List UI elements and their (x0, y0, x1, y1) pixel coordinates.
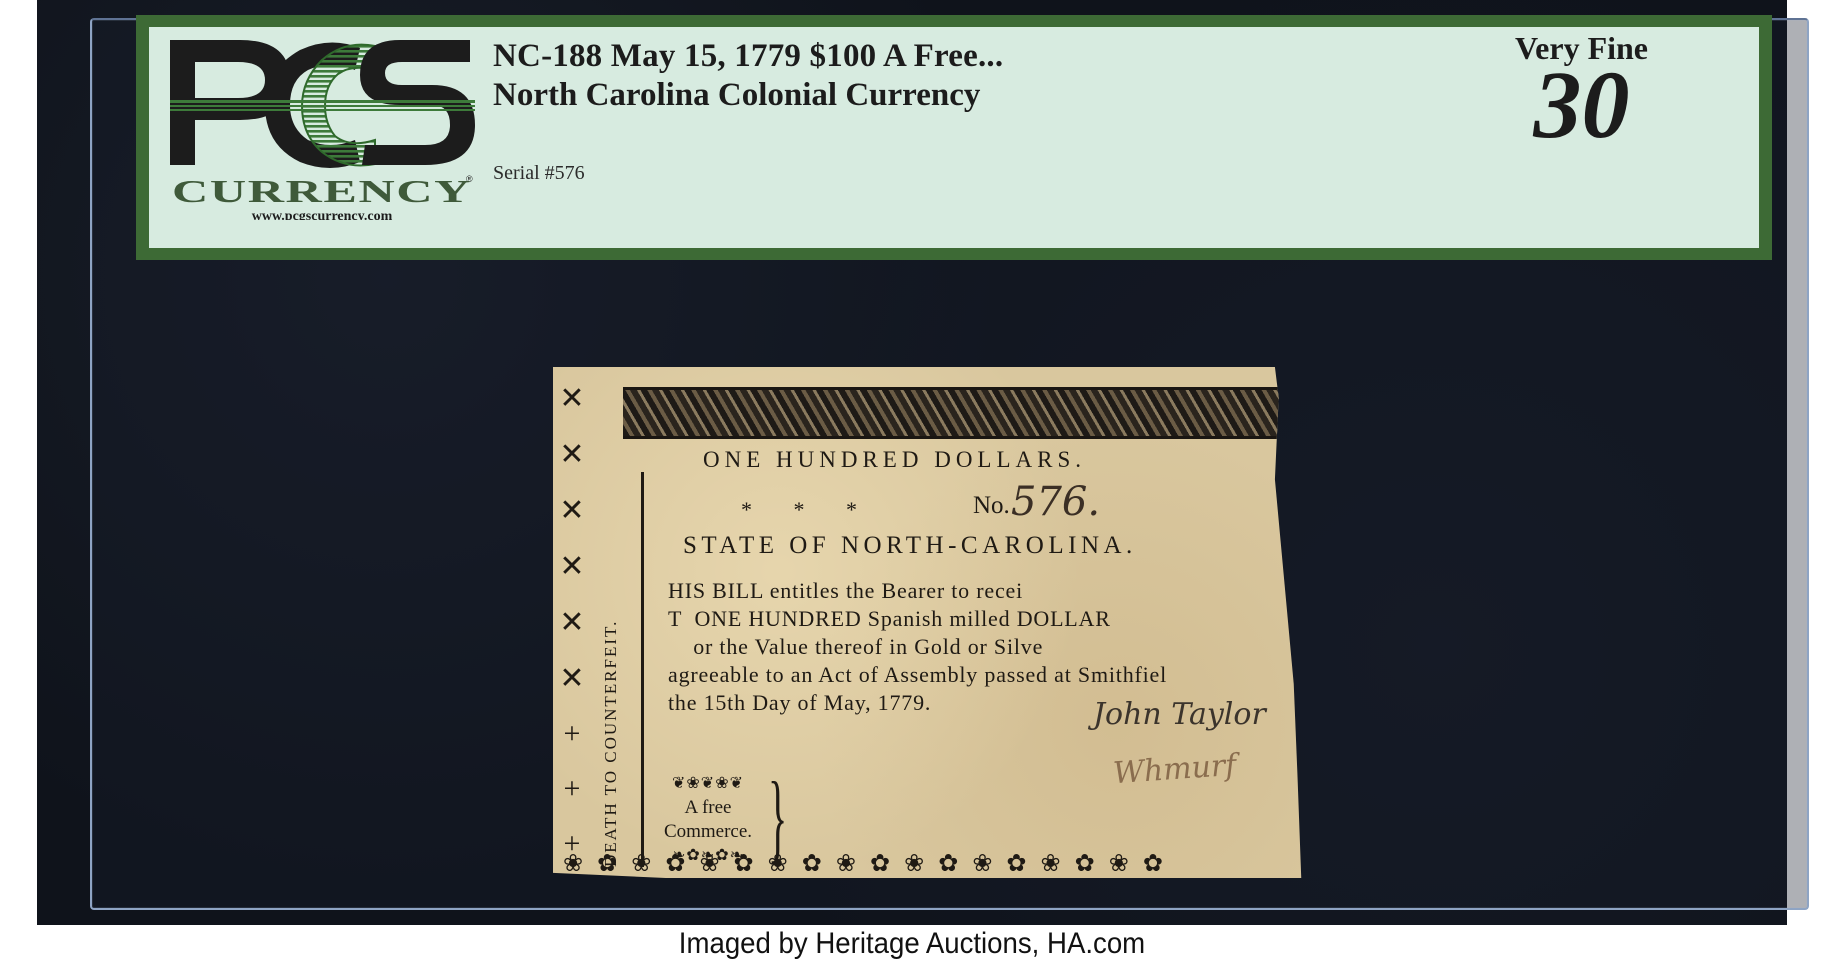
cross-ornament: ✕ (559, 549, 584, 584)
signature-john-taylor: John Taylor (1093, 697, 1266, 732)
label-serial: Serial #576 (493, 162, 585, 185)
motto-ornament-top: ❦❀❦❀❦ (648, 772, 768, 796)
motto-line2: Commerce. (648, 820, 768, 844)
serial-handwritten: 576. (1011, 479, 1100, 525)
ornamental-border (623, 387, 1287, 439)
note-body-line: or the Value thereof in Gold or Silve (668, 633, 1167, 661)
image-credit-caption: Imaged by Heritage Auctions, HA.com (73, 927, 1751, 961)
pcgs-currency-logo: ® CURRENCY www.pcgscurrency.com (170, 40, 475, 220)
cross-ornament: ✕ (559, 661, 584, 696)
number-label: No. (973, 492, 1010, 520)
label-title: NC-188 May 15, 1779 $100 A Free... (493, 38, 1003, 75)
note-body-line: HIS BILL entitles the Bearer to recei (668, 577, 1167, 605)
state-name: STATE OF NORTH-CAROLINA. (683, 532, 1137, 560)
cross-ornament: ✕ (559, 605, 584, 640)
currency-wordmark: CURRENCY (172, 173, 472, 209)
side-motto: DEATH TO COUNTERFEIT. (601, 620, 621, 867)
cross-ornament: ✕ (559, 437, 584, 472)
label-subtitle: North Carolina Colonial Currency (493, 77, 980, 114)
cross-ornament: ✕ (559, 493, 584, 528)
cross-ornament: + (564, 717, 581, 751)
logo-url: www.pcgscurrency.com (252, 209, 393, 220)
signature-second: Whmurf (1112, 748, 1238, 792)
grade-number: 30 (1494, 57, 1669, 153)
banknote: ✕✕✕✕✕✕+++ DEATH TO COUNTERFEIT. ONE HUND… (553, 367, 1305, 878)
motto-line1: A free (648, 796, 768, 820)
side-rule (641, 472, 644, 867)
note-body-line: T ONE HUNDRED Spanish milled DOLLAR (668, 605, 1167, 633)
background-stage: ® CURRENCY www.pcgscurrency.com NC-188 M… (37, 0, 1787, 925)
denomination-text: ONE HUNDRED DOLLARS. (703, 447, 1086, 473)
note-body-text: HIS BILL entitles the Bearer to receiT O… (668, 577, 1167, 717)
cross-ornament: ✕ (559, 381, 584, 416)
label-panel: ® CURRENCY www.pcgscurrency.com NC-188 M… (149, 27, 1759, 248)
cross-ornaments: ✕✕✕✕✕✕+++ (555, 381, 589, 861)
star-ornaments: * * * (741, 497, 875, 523)
bottom-ornament-row: ❀✿❀✿❀✿❀✿❀✿❀✿❀✿❀✿❀✿ (563, 849, 1293, 878)
note-body-line: agreeable to an Act of Assembly passed a… (668, 661, 1167, 689)
cross-ornament: + (564, 772, 581, 806)
grading-label: ® CURRENCY www.pcgscurrency.com NC-188 M… (136, 15, 1772, 260)
